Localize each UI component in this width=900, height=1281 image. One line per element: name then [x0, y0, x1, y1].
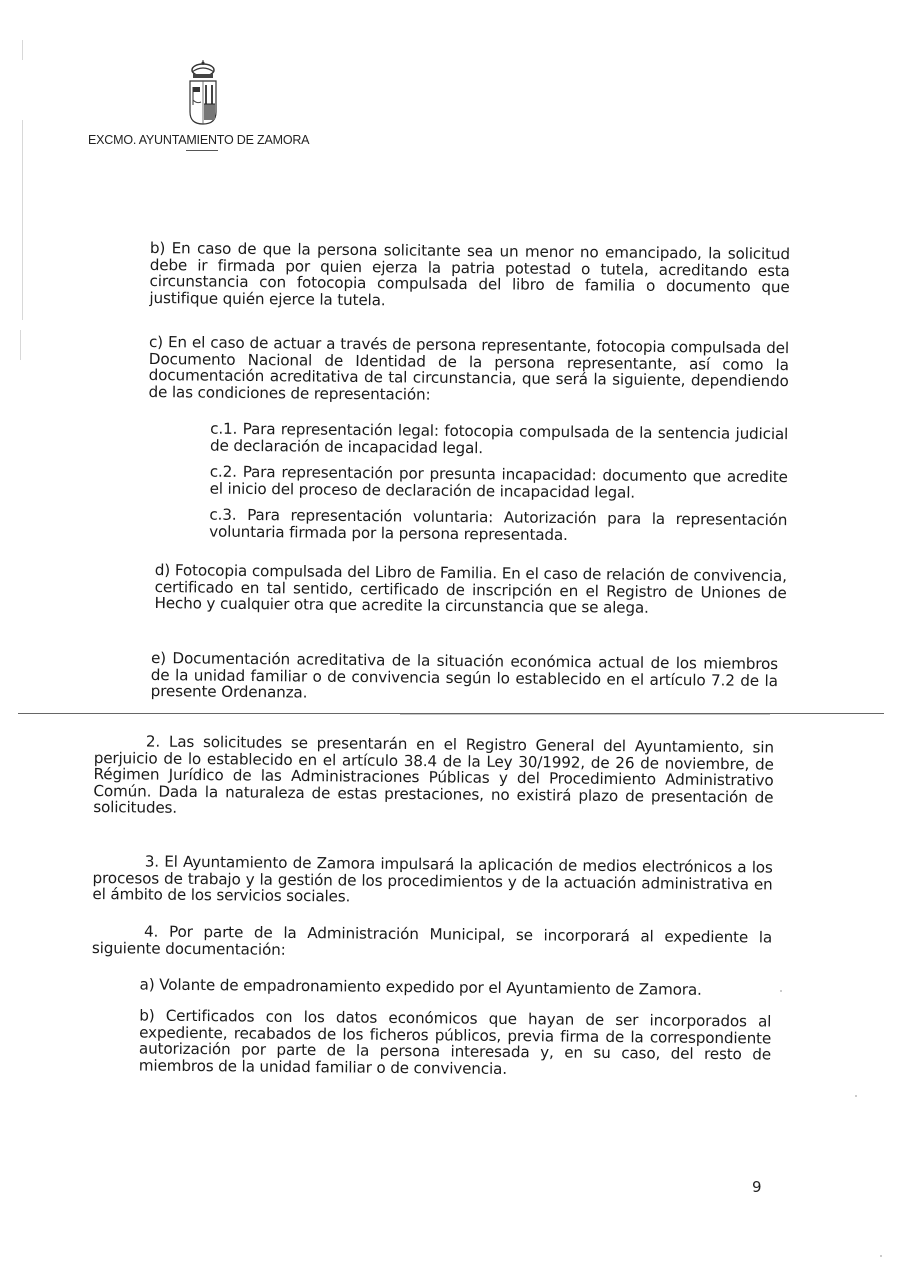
section-4b: b) Certificados con los datos económicos…: [139, 1007, 772, 1079]
section-3: 3. El Ayuntamiento de Zamora impulsará l…: [92, 853, 772, 909]
item-b: b) En caso de que la persona solicitante…: [149, 240, 790, 312]
page-number: 9: [752, 1178, 762, 1196]
page-splice-line-faint: [400, 714, 770, 715]
coat-of-arms-icon: [185, 60, 221, 126]
document-body-upper: b) En caso de que la persona solicitante…: [150, 240, 790, 246]
item-c3: c.3. Para representación voluntaria: Aut…: [209, 507, 787, 546]
item-d: d) Fotocopia compulsada del Libro de Fam…: [154, 562, 786, 618]
scan-speck: [855, 1095, 857, 1097]
item-c1: c.1. Para representación legal: fotocopi…: [210, 421, 788, 460]
letterhead: EXCMO. AYUNTAMIENTO DE ZAMORA: [88, 58, 328, 158]
header-underline: [186, 150, 218, 151]
institution-name: EXCMO. AYUNTAMIENTO DE ZAMORA: [88, 133, 309, 147]
section-4: 4. Por parte de la Administración Munici…: [92, 923, 772, 963]
scan-margin-mark: [22, 120, 23, 320]
item-c2: c.2. Para representación por presunta in…: [210, 464, 788, 503]
document-body-lower: 2. Las solicitudes se presentarán en el …: [94, 733, 784, 740]
scan-speck: [780, 990, 782, 992]
scan-speck: [880, 1255, 882, 1257]
scan-margin-mark: [20, 330, 21, 360]
section-4a: a) Volante de empadronamiento expedido p…: [140, 976, 772, 999]
document-page: EXCMO. AYUNTAMIENTO DE ZAMORA b) En caso…: [0, 0, 900, 1281]
section-2: 2. Las solicitudes se presentarán en el …: [93, 733, 774, 822]
scan-margin-mark: [22, 40, 23, 60]
item-e: e) Documentación acreditativa de la situ…: [151, 650, 778, 706]
item-c: c) En el caso de actuar a través de pers…: [148, 334, 789, 406]
